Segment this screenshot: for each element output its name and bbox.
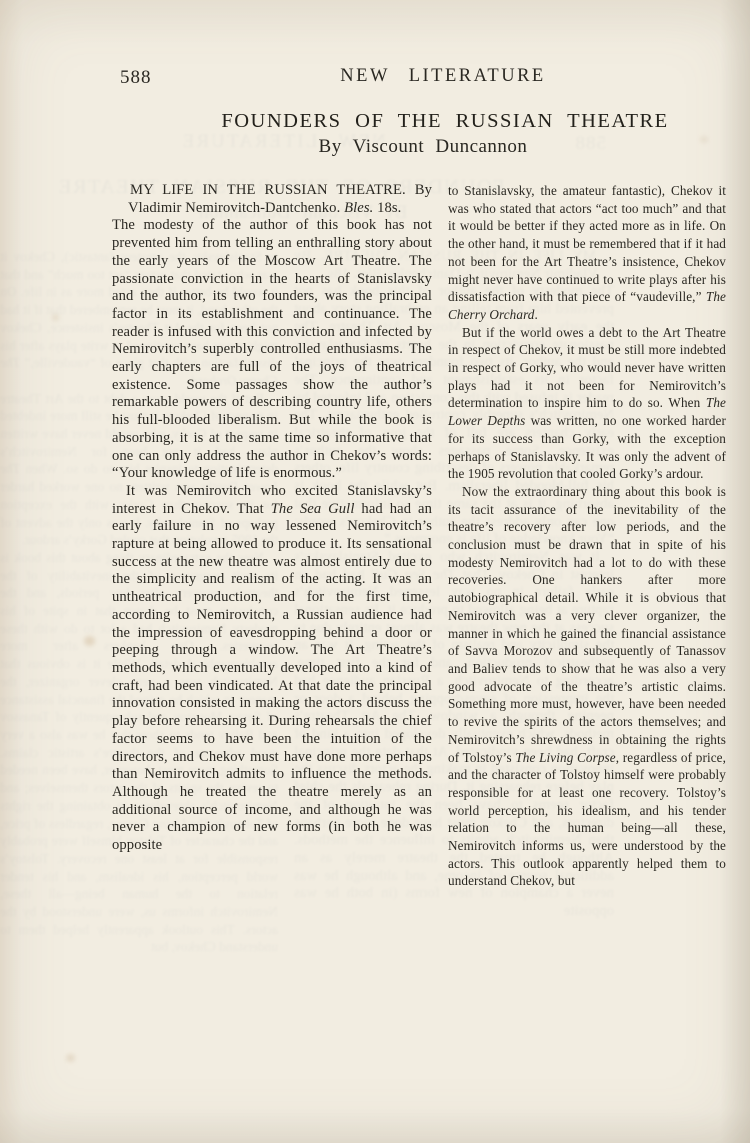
paragraph-2-continued: to Stanislavsky, the amateur fantastic),… [448, 182, 726, 324]
paragraph-1: The modesty of the author of this book h… [112, 217, 432, 483]
text-columns: MY LIFE IN THE RUSSIAN THEATRE. By Vladi… [112, 182, 726, 890]
foxing-spot [84, 636, 95, 646]
paragraph-4: Now the extraordinary thing about this b… [448, 483, 726, 890]
left-column: MY LIFE IN THE RUSSIAN THEATRE. By Vladi… [112, 182, 432, 890]
running-header-row: 588 NEW LITERATURE [112, 66, 726, 92]
foxing-spot [66, 1054, 75, 1062]
page-content: 588 NEW LITERATURE FOUNDERS OF THE RUSSI… [112, 66, 726, 890]
paragraph-3: But if the world owes a debt to the Art … [448, 324, 726, 483]
article-byline: By Viscount Duncannon [116, 134, 730, 160]
right-column: to Stanislavsky, the amateur fantastic),… [448, 182, 726, 890]
running-head: NEW LITERATURE [136, 66, 750, 87]
book-citation: MY LIFE IN THE RUSSIAN THEATRE. By Vladi… [112, 182, 432, 217]
foxing-spot [52, 314, 59, 321]
scanned-book-page: 588 NEW LITERATURE FOUNDERS OF THE RUSSI… [0, 0, 750, 1143]
article-title: FOUNDERS OF THE RUSSIAN THEATRE [138, 108, 750, 134]
paragraph-2: It was Nemirovitch who excited Stanislav… [112, 483, 432, 855]
